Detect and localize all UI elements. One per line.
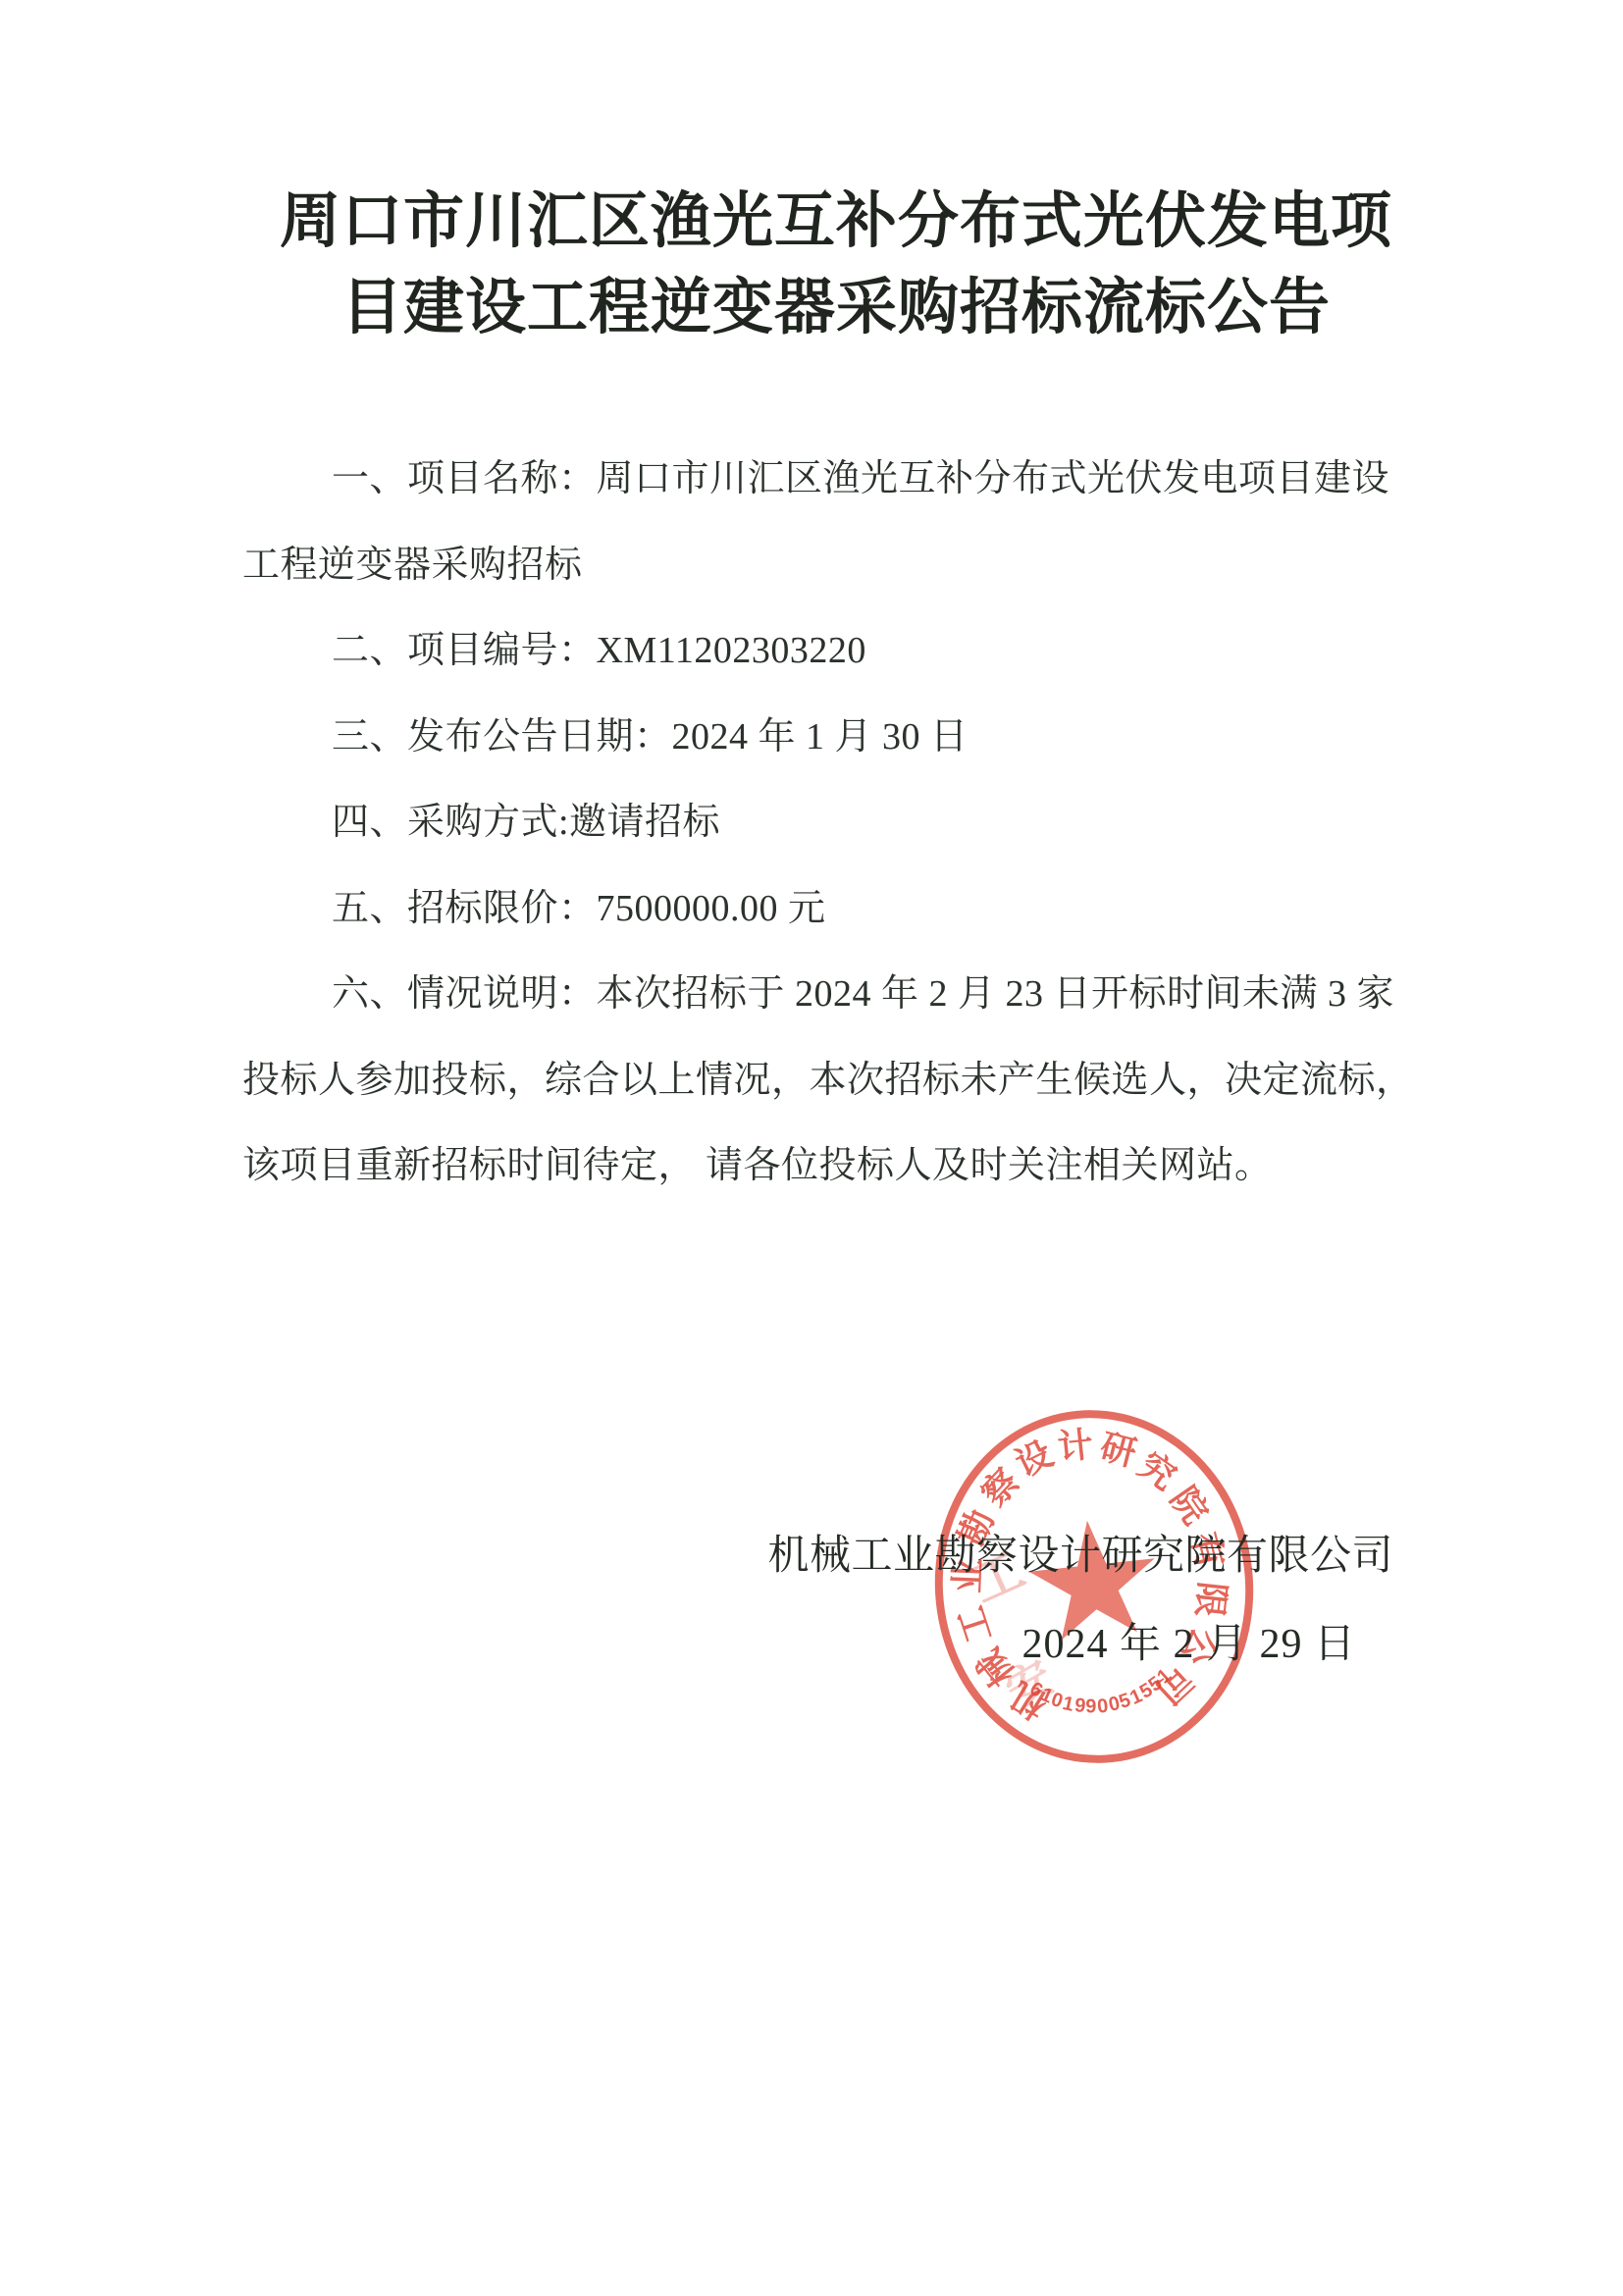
- doc-title-line-1: 周口市川汇区渔光互补分布式光伏发电项: [280, 190, 1392, 253]
- body-line: 六、情况说明：本次招标于 2024 年 2 月 23 日开标时间未满 3 家: [242, 952, 1386, 1038]
- signature-company: 机械工业勘察设计研究院有限公司: [767, 1531, 1393, 1582]
- body-line: 一、项目名称：周口市川汇区渔光互补分布式光伏发电项目建设: [242, 437, 1386, 523]
- body-line: 二、项目编号：XM11202303220: [242, 608, 1386, 695]
- doc-title-line-2: 目建设工程逆变器采购招标流标公告: [341, 277, 1331, 339]
- seal-ring-char: 限: [1186, 1580, 1240, 1620]
- signature-date: 2024 年 2 月 29 日: [1021, 1619, 1356, 1670]
- seal-serial-digit: 9: [1073, 1695, 1086, 1718]
- body-line: 三、发布公告日期：2024 年 1 月 30 日: [242, 695, 1386, 781]
- document-page: 周口市川汇区渔光互补分布式光伏发电项 目建设工程逆变器采购招标流标公告 一、项目…: [0, 0, 1623, 2296]
- body-line: 四、采购方式:邀请招标: [242, 780, 1386, 866]
- body-line: 该项目重新招标时间待定， 请各位投标人及时关注相关网站。: [242, 1123, 1386, 1210]
- body-line: 投标人参加投标，综合以上情况，本次招标未产生候选人，决定流标，: [242, 1038, 1386, 1124]
- body-line: 五、招标限价：7500000.00 元: [242, 866, 1386, 953]
- seal-serial-digit: 9: [1086, 1696, 1097, 1719]
- doc-body: 一、项目名称：周口市川汇区渔光互补分布式光伏发电项目建设 工程逆变器采购招标 二…: [242, 437, 1386, 1210]
- seal-ring-char: 计: [1055, 1417, 1095, 1470]
- body-line: 工程逆变器采购招标: [242, 523, 1386, 609]
- company-seal: 工 安 机械工业勘察设计研究院有限公司6101990051551: [917, 1394, 1271, 1779]
